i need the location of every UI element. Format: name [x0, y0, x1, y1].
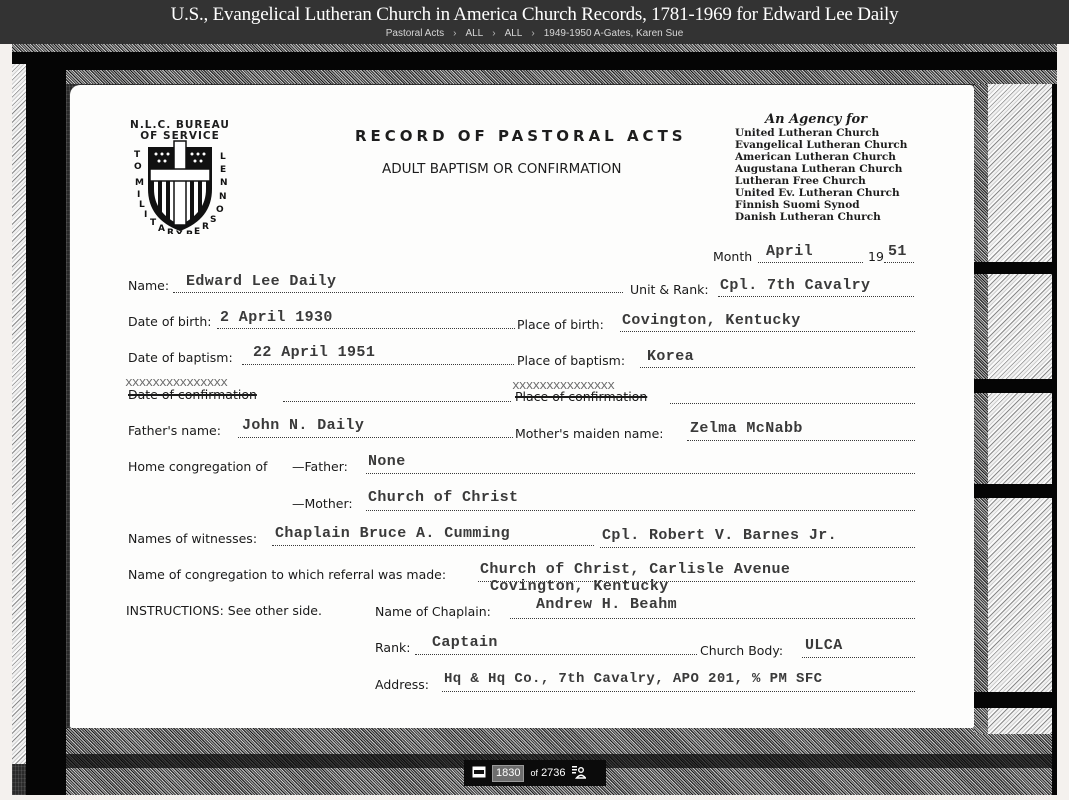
- address-line: [442, 691, 915, 692]
- pob-line: [620, 331, 915, 332]
- breadcrumb: Pastoral Acts › ALL › ALL › 1949-1950 A-…: [0, 28, 1069, 39]
- home-father-line: [366, 473, 915, 474]
- breadcrumb-separator: ›: [492, 28, 495, 39]
- scan-border: [974, 379, 1057, 393]
- svg-text:R: R: [167, 228, 174, 234]
- home-mother-value: Church of Christ: [368, 489, 518, 506]
- total-pages: 2736: [541, 767, 565, 779]
- date-of-baptism-value: 22 April 1951: [253, 344, 375, 361]
- nlc-bureau-logo: N.L.C. BUREAU OF SERVICE TO MILITARY PER…: [130, 119, 230, 234]
- page-of-label: of 2736: [530, 767, 565, 779]
- witnesses-label: Names of witnesses:: [128, 531, 257, 546]
- svg-text:T: T: [150, 218, 157, 228]
- scan-border: [988, 84, 1052, 734]
- rank-label: Rank:: [375, 640, 410, 655]
- address-label: Address:: [375, 677, 429, 692]
- svg-text:I: I: [144, 210, 147, 220]
- witness-1-value: Chaplain Bruce A. Cumming: [275, 525, 510, 542]
- rank-value: Captain: [432, 634, 498, 651]
- svg-text:M: M: [135, 178, 144, 188]
- place-of-confirmation-label: Place of confirmation: [515, 389, 647, 404]
- month-value: April: [766, 243, 813, 260]
- place-of-baptism-value: Korea: [647, 348, 694, 365]
- home-mother-line: [366, 510, 915, 511]
- unit-rank-line: [718, 296, 914, 297]
- pob-value: Covington, Kentucky: [622, 312, 801, 329]
- svg-text:O: O: [134, 162, 142, 172]
- svg-text:A: A: [158, 224, 165, 234]
- month-line: [758, 262, 863, 263]
- name-label: Name:: [128, 278, 169, 293]
- svg-text:L: L: [220, 152, 226, 162]
- agency-item: United Ev. Lutheran Church: [735, 187, 907, 199]
- church-body-value: ULCA: [805, 637, 843, 654]
- home-father-value: None: [368, 453, 406, 470]
- date-of-confirmation-label: Date of confirmation: [128, 387, 257, 402]
- rank-line: [415, 654, 697, 655]
- chaplain-name-line: [510, 618, 915, 619]
- date-of-baptism-label: Date of baptism:: [128, 350, 233, 365]
- year-value: 51: [888, 243, 907, 260]
- image-pager: 1830 of 2736: [464, 760, 606, 786]
- home-father-label: —Father:: [292, 459, 348, 474]
- date-of-baptism-line: [242, 364, 514, 365]
- svg-text:O: O: [216, 205, 224, 215]
- agency-item: Danish Lutheran Church: [735, 211, 907, 223]
- unit-rank-label: Unit & Rank:: [630, 282, 709, 297]
- page-number-input[interactable]: 1830: [492, 765, 524, 782]
- record-header: U.S., Evangelical Lutheran Church in Ame…: [0, 0, 1069, 44]
- svg-text:R: R: [202, 222, 209, 232]
- place-of-baptism-line: [640, 367, 915, 368]
- index-people-icon[interactable]: [572, 765, 586, 782]
- name-line: [173, 292, 623, 293]
- form-title: RECORD OF PASTORAL ACTS: [355, 127, 687, 145]
- agency-heading: An Agency for: [765, 112, 907, 127]
- witness-2-value: Cpl. Robert V. Barnes Jr.: [602, 527, 837, 544]
- filmstrip-icon[interactable]: [472, 766, 486, 781]
- home-mother-label: —Mother:: [292, 496, 353, 511]
- date-of-confirmation-line: [283, 401, 511, 402]
- place-of-confirmation-line: [670, 403, 915, 404]
- home-congregation-label: Home congregation of: [128, 459, 267, 474]
- scan-border: [12, 64, 26, 764]
- chaplain-name-value: Andrew H. Beahm: [536, 596, 677, 613]
- svg-text:S: S: [210, 215, 216, 225]
- svg-text:Y: Y: [175, 230, 183, 234]
- agency-item: Augustana Lutheran Church: [735, 163, 907, 175]
- breadcrumb-separator: ›: [453, 28, 456, 39]
- shield-cross-icon: TO MILITARY PERSONNEL TO MIL ITA RY PER …: [130, 139, 230, 234]
- breadcrumb-item-all-1[interactable]: ALL: [465, 28, 483, 39]
- unit-rank-value: Cpl. 7th Cavalry: [720, 277, 870, 294]
- scan-border: [1052, 84, 1057, 795]
- address-value: Hq & Hq Co., 7th Cavalry, APO 201, % PM …: [444, 671, 822, 687]
- record-title: U.S., Evangelical Lutheran Church in Ame…: [0, 0, 1069, 24]
- scan-border: [12, 44, 1057, 52]
- mother-maiden-name-label: Mother's maiden name:: [515, 426, 664, 441]
- svg-text:E: E: [194, 227, 200, 234]
- mother-maiden-name-value: Zelma McNabb: [690, 420, 803, 437]
- agency-item: Finnish Suomi Synod: [735, 199, 907, 211]
- agency-item: United Lutheran Church: [735, 127, 907, 139]
- month-label: Month: [713, 249, 752, 264]
- form-subtitle: ADULT BAPTISM OR CONFIRMATION: [382, 161, 621, 177]
- scan-border: [60, 70, 1057, 84]
- scan-border: [12, 52, 1057, 70]
- church-body-line: [802, 657, 915, 658]
- image-viewer[interactable]: N.L.C. BUREAU OF SERVICE TO MILITARY PER…: [12, 44, 1057, 795]
- breadcrumb-item-volume[interactable]: 1949-1950 A-Gates, Karen Sue: [544, 28, 684, 39]
- year-line: [884, 262, 914, 263]
- witness-1-line: [272, 545, 594, 546]
- svg-text:I: I: [137, 190, 140, 200]
- svg-text:L: L: [139, 200, 145, 210]
- referral-value-line-2: Covington, Kentucky: [490, 578, 669, 595]
- svg-text:T: T: [134, 150, 141, 160]
- scan-border: [974, 484, 1057, 498]
- breadcrumb-separator: ›: [531, 28, 534, 39]
- scan-border: [974, 84, 988, 734]
- place-of-baptism-label: Place of baptism:: [517, 353, 625, 368]
- name-value: Edward Lee Daily: [186, 273, 336, 290]
- referral-value-line-1: Church of Christ, Carlisle Avenue: [480, 561, 790, 578]
- record-document: N.L.C. BUREAU OF SERVICE TO MILITARY PER…: [70, 85, 974, 728]
- svg-text:E: E: [220, 165, 226, 175]
- dob-line: [217, 328, 515, 329]
- chaplain-name-label: Name of Chaplain:: [375, 604, 491, 619]
- church-body-label: Church Body:: [700, 643, 783, 658]
- pob-label: Place of birth:: [517, 317, 604, 332]
- svg-text:N: N: [219, 192, 227, 202]
- svg-text:N: N: [220, 178, 228, 188]
- father-name-label: Father's name:: [128, 423, 221, 438]
- father-name-value: John N. Daily: [242, 417, 364, 434]
- year-prefix: 19: [868, 249, 884, 264]
- dob-value: 2 April 1930: [220, 309, 333, 326]
- breadcrumb-item-collection[interactable]: Pastoral Acts: [386, 28, 444, 39]
- agency-item: American Lutheran Church: [735, 151, 907, 163]
- breadcrumb-item-all-2[interactable]: ALL: [505, 28, 523, 39]
- agency-list: An Agency for United Lutheran Church Eva…: [735, 112, 907, 223]
- father-name-line: [238, 437, 513, 438]
- agency-item: Evangelical Lutheran Church: [735, 139, 907, 151]
- svg-text:P: P: [186, 230, 193, 234]
- of-text: of: [530, 768, 538, 778]
- referral-label: Name of congregation to which referral w…: [128, 567, 446, 582]
- dob-label: Date of birth:: [128, 314, 211, 329]
- scan-border: [26, 64, 66, 795]
- scan-border: [974, 262, 1057, 274]
- mother-maiden-name-line: [687, 440, 915, 441]
- agency-item: Lutheran Free Church: [735, 175, 907, 187]
- scan-border: [974, 692, 1057, 708]
- instructions-label: INSTRUCTIONS: See other side.: [126, 603, 322, 618]
- witness-2-line: [600, 547, 915, 548]
